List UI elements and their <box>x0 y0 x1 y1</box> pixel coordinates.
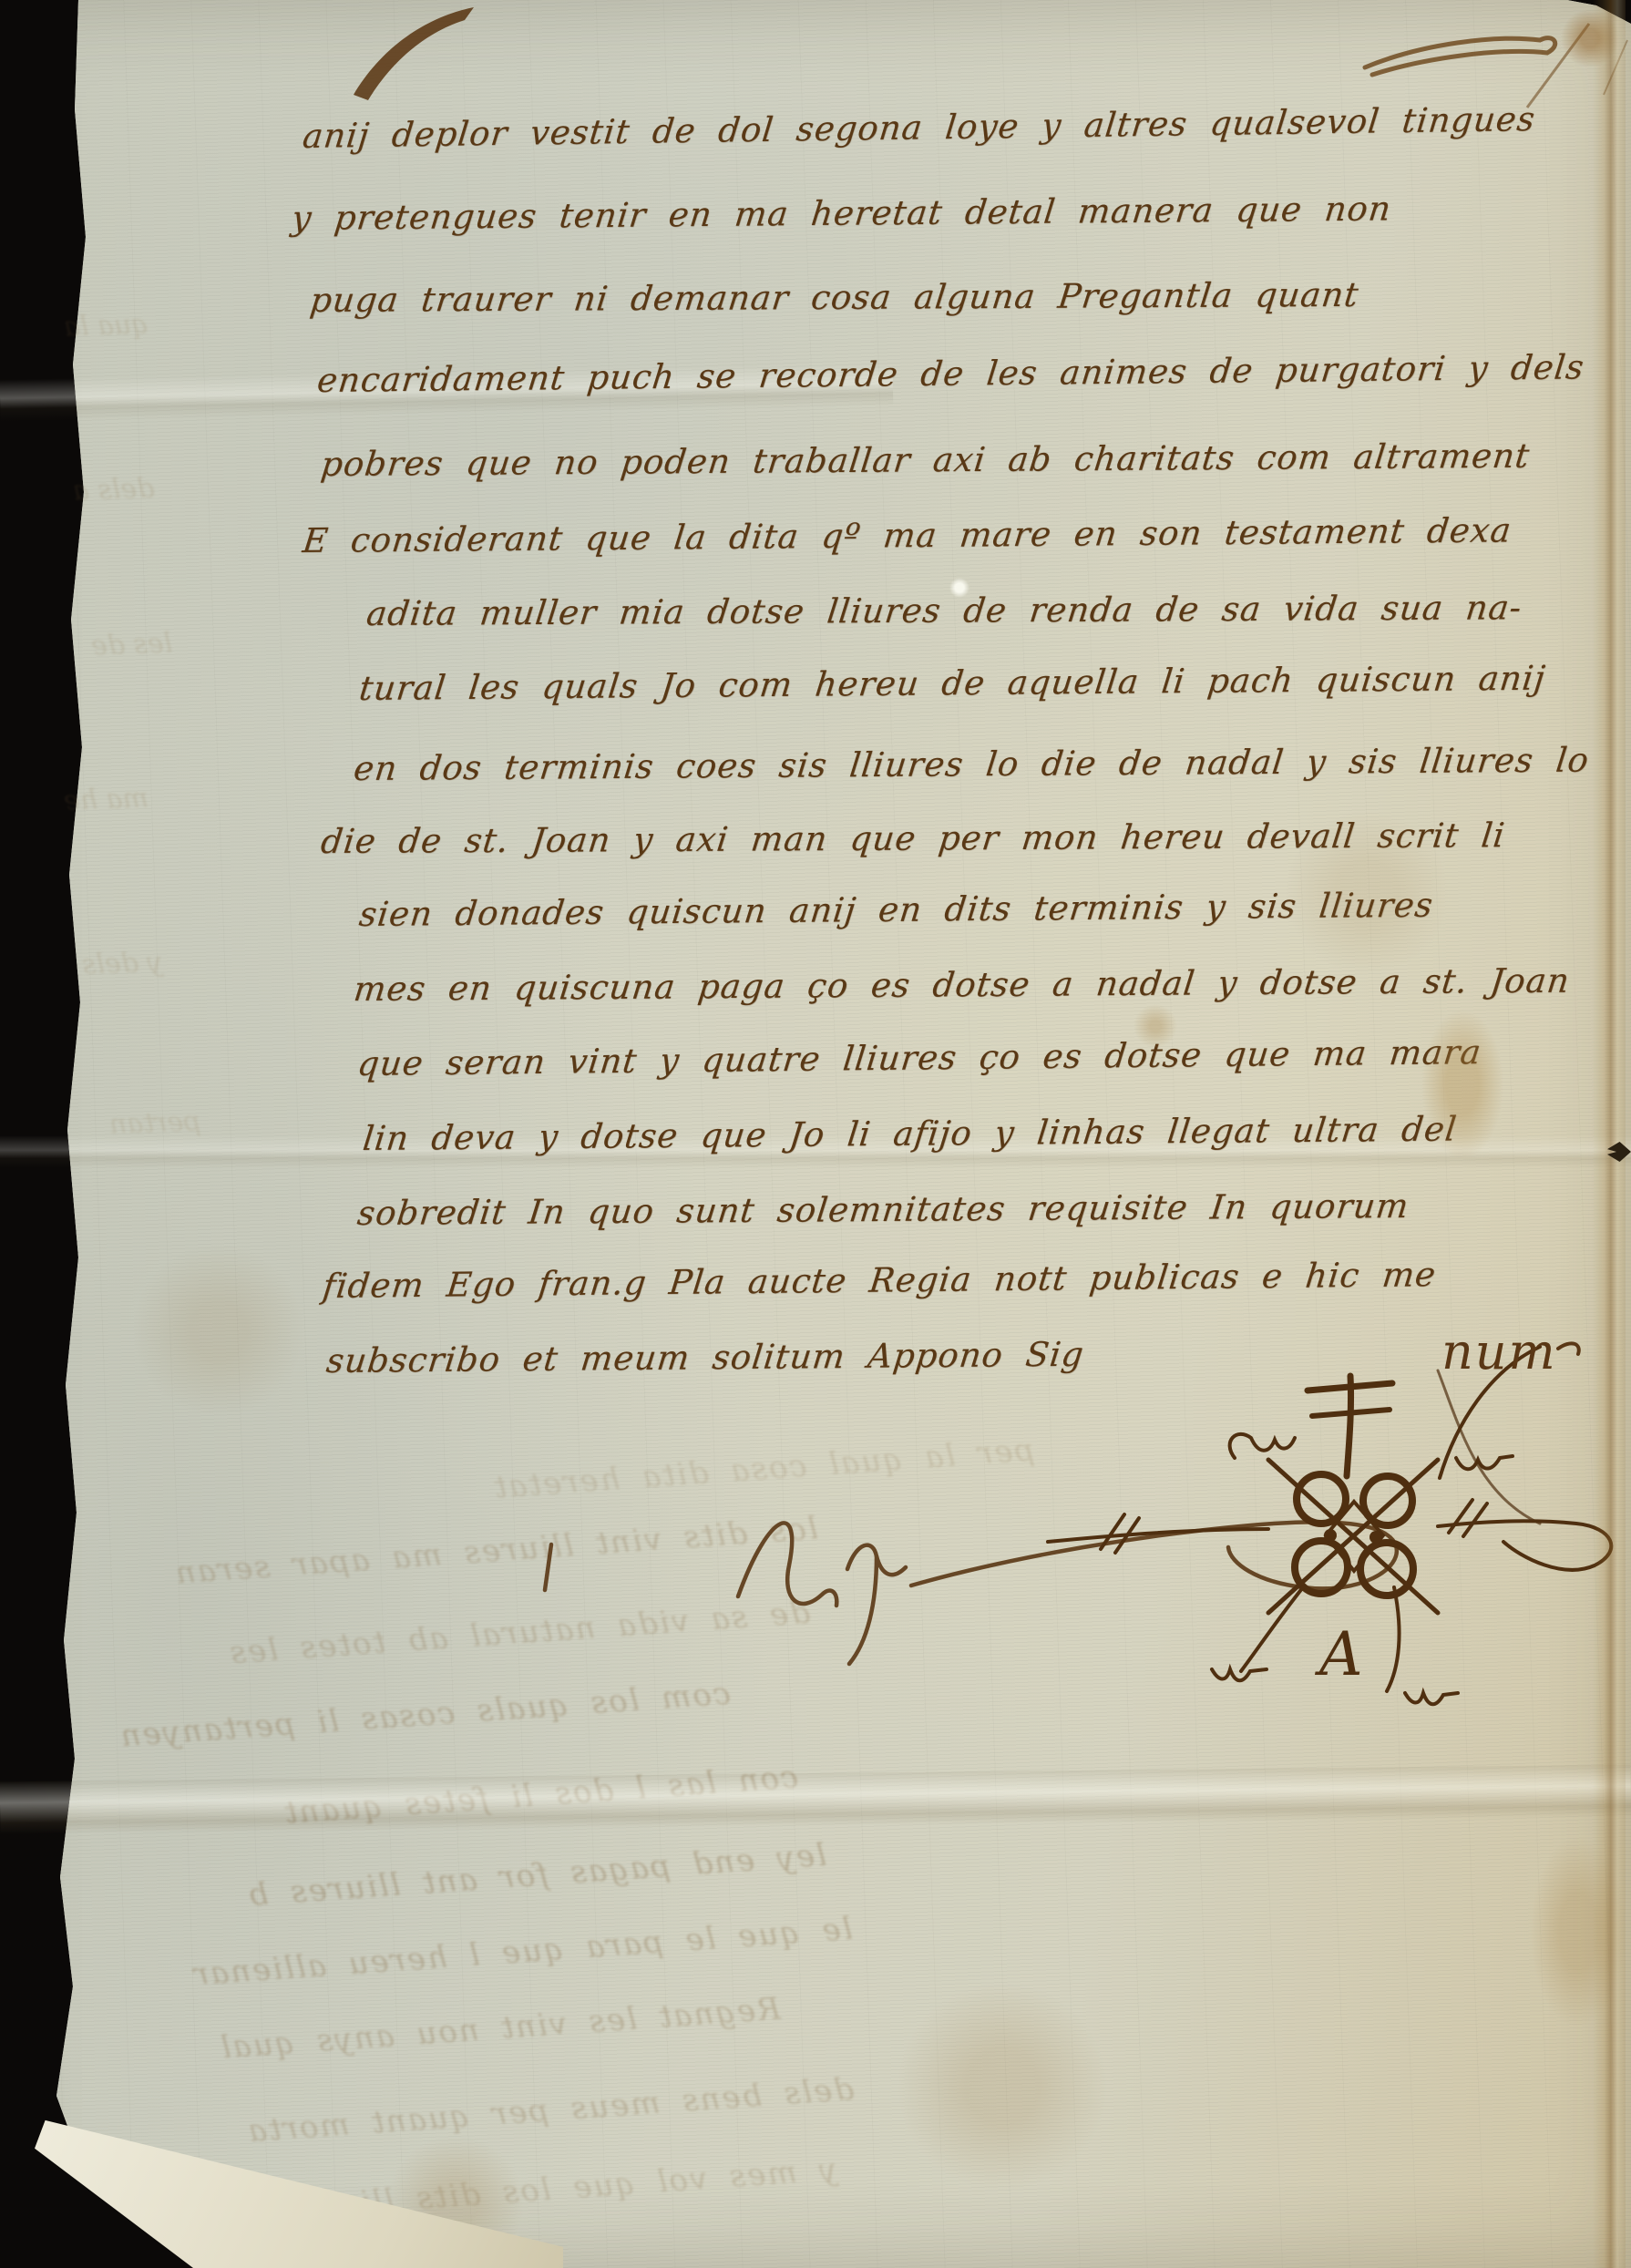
signum-letter-A: A <box>1314 1619 1363 1689</box>
manuscript-line: adita muller mia dotse lliures de renda … <box>364 588 1524 633</box>
manuscript-line: sobredit In quo sunt solemnitates requis… <box>355 1186 1411 1233</box>
signum-word-num: num <box>1441 1323 1557 1380</box>
manuscript-line: puga traurer ni demanar cosa alguna Preg… <box>308 275 1361 320</box>
bleedthrough-fragment: les de <box>90 627 172 662</box>
bleedthrough-fragment: qua la <box>63 308 149 343</box>
bleedthrough-fragment: ma he <box>63 782 149 816</box>
notarial-signum: num A <box>1030 1312 1631 1704</box>
bleedthrough-fragment: dels a <box>72 472 155 507</box>
manuscript-line: subscribo et meum solitum Appono Sig <box>324 1335 1086 1380</box>
page-fold-right <box>1593 0 1626 2268</box>
scan-backdrop: per la qual cosa dita heretat los dits v… <box>0 0 1631 2268</box>
manuscript-line: die de st. Joan y axi man que per mon he… <box>319 816 1507 861</box>
bleedthrough-fragment: y dels <box>81 946 163 980</box>
ink-flourish-top <box>0 0 1631 128</box>
bleedthrough-fragment: pertan <box>108 1105 201 1140</box>
